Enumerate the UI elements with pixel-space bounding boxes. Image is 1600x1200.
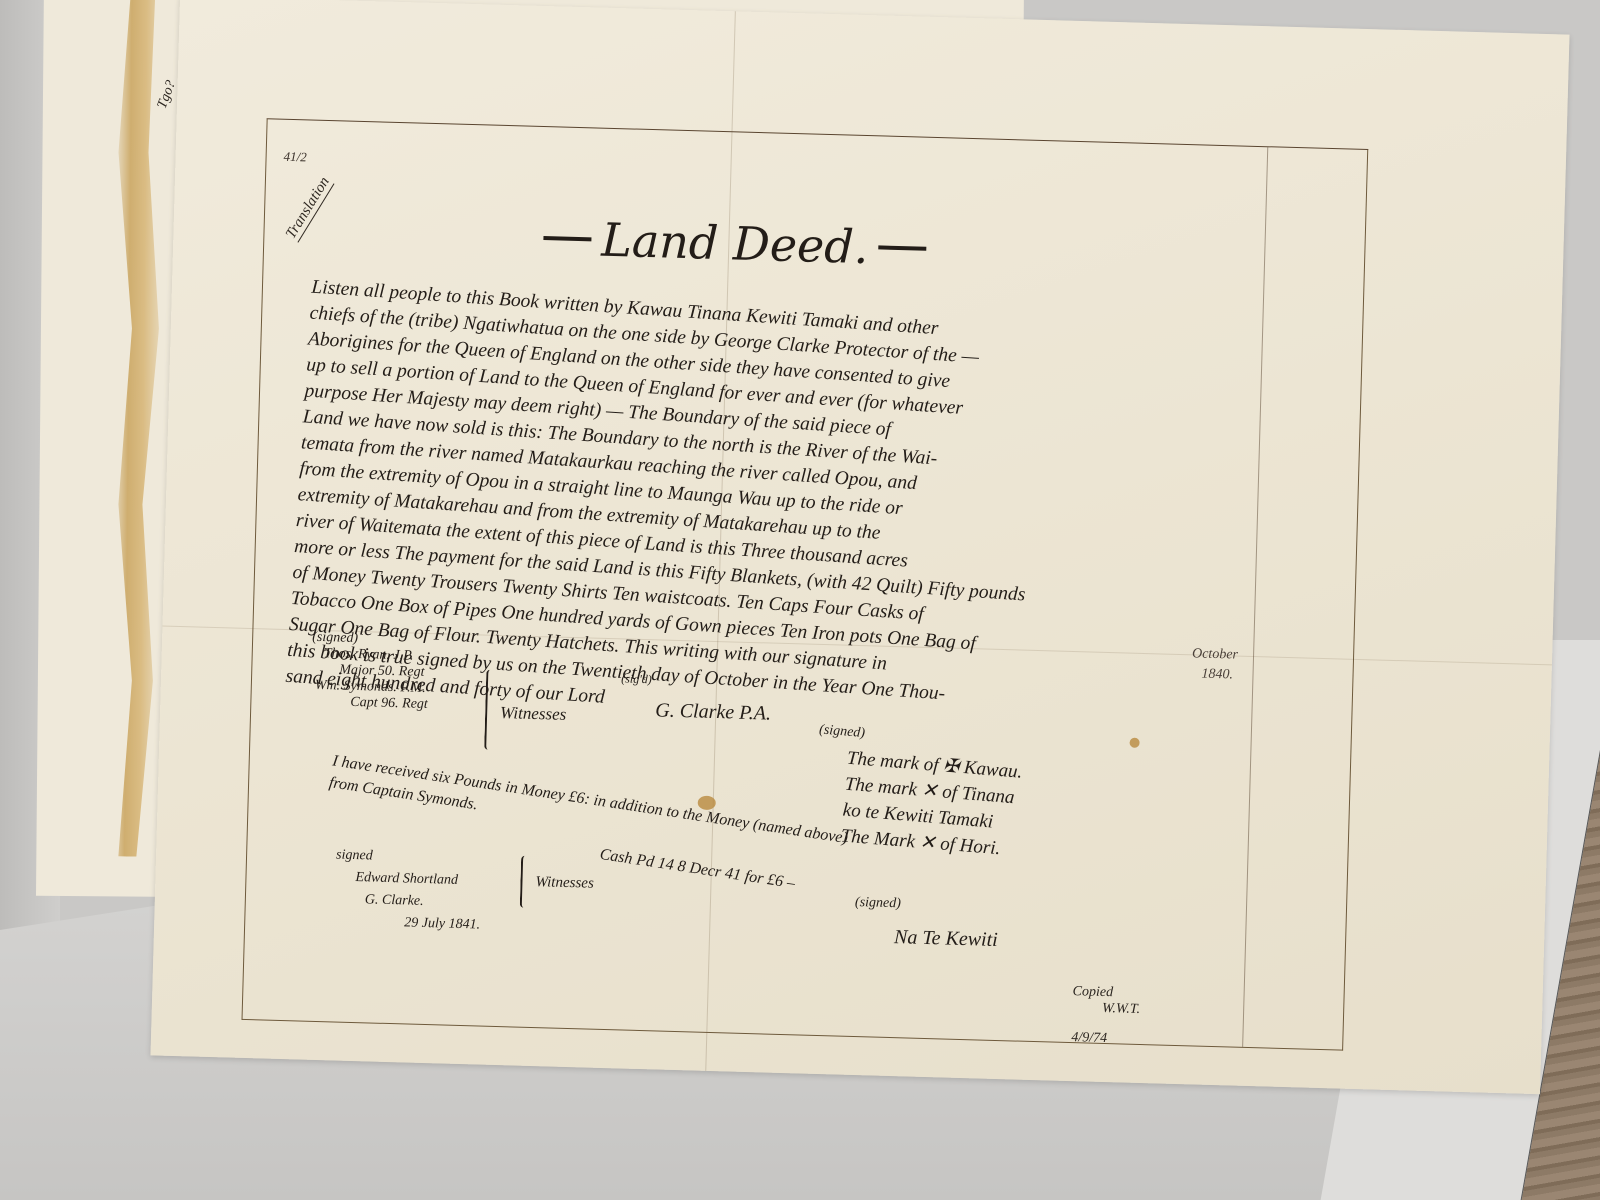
copied-date: 4/9/74: [1071, 1027, 1140, 1051]
receipt-witness-name: G. Clarke.: [365, 889, 481, 914]
final-signature: Na Te Kewiti: [894, 926, 998, 952]
receipt-witnesses-label: Witnesses: [535, 874, 594, 893]
brace-icon: [520, 856, 531, 908]
document-reference: 41/2: [283, 149, 307, 166]
final-signature-block: (signed) Na Te Kewiti: [854, 895, 999, 952]
witness-name: Wm. Symonds. P.M.: [315, 678, 429, 697]
sealed-label: (sig'd): [621, 671, 652, 687]
receipt-date: 29 July 1841.: [404, 912, 480, 936]
receipt-witnesses: . . signed Edward Shortland G. Clarke. 2…: [334, 801, 483, 937]
copied-note: Copied W.W.T. 4/9/74: [1071, 981, 1141, 1051]
margin-date-note: October 1840.: [1191, 644, 1238, 685]
title-flourish-left: [543, 236, 591, 241]
margin-month: October: [1192, 644, 1238, 665]
document-title-text: Land Deed.: [601, 213, 869, 274]
deed-body: Listen all people to this Book written b…: [285, 275, 1251, 752]
protector-signature: G. Clarke P.A.: [655, 699, 771, 725]
chiefs-marks: (signed) The mark of ✠ Kawau. The mark ✕…: [840, 720, 1026, 864]
land-deed-translation-sheet: 41/2 Translation Land Deed. Listen all p…: [150, 0, 1569, 1094]
witnesses-label: Witnesses: [500, 703, 567, 725]
ruled-margin-line: [1242, 147, 1268, 1047]
final-signed-label: (signed): [855, 895, 999, 915]
title-flourish-right: [878, 245, 926, 250]
margin-year: 1840.: [1201, 665, 1237, 686]
witness-rank: Capt 96. Regt: [350, 695, 428, 713]
document-title: Land Deed.: [543, 211, 927, 276]
witness-signatures: (signed) Thos. Ryan. J.P. Major 50. Regt…: [310, 630, 430, 713]
copied-initials: W.W.T.: [1102, 998, 1141, 1021]
